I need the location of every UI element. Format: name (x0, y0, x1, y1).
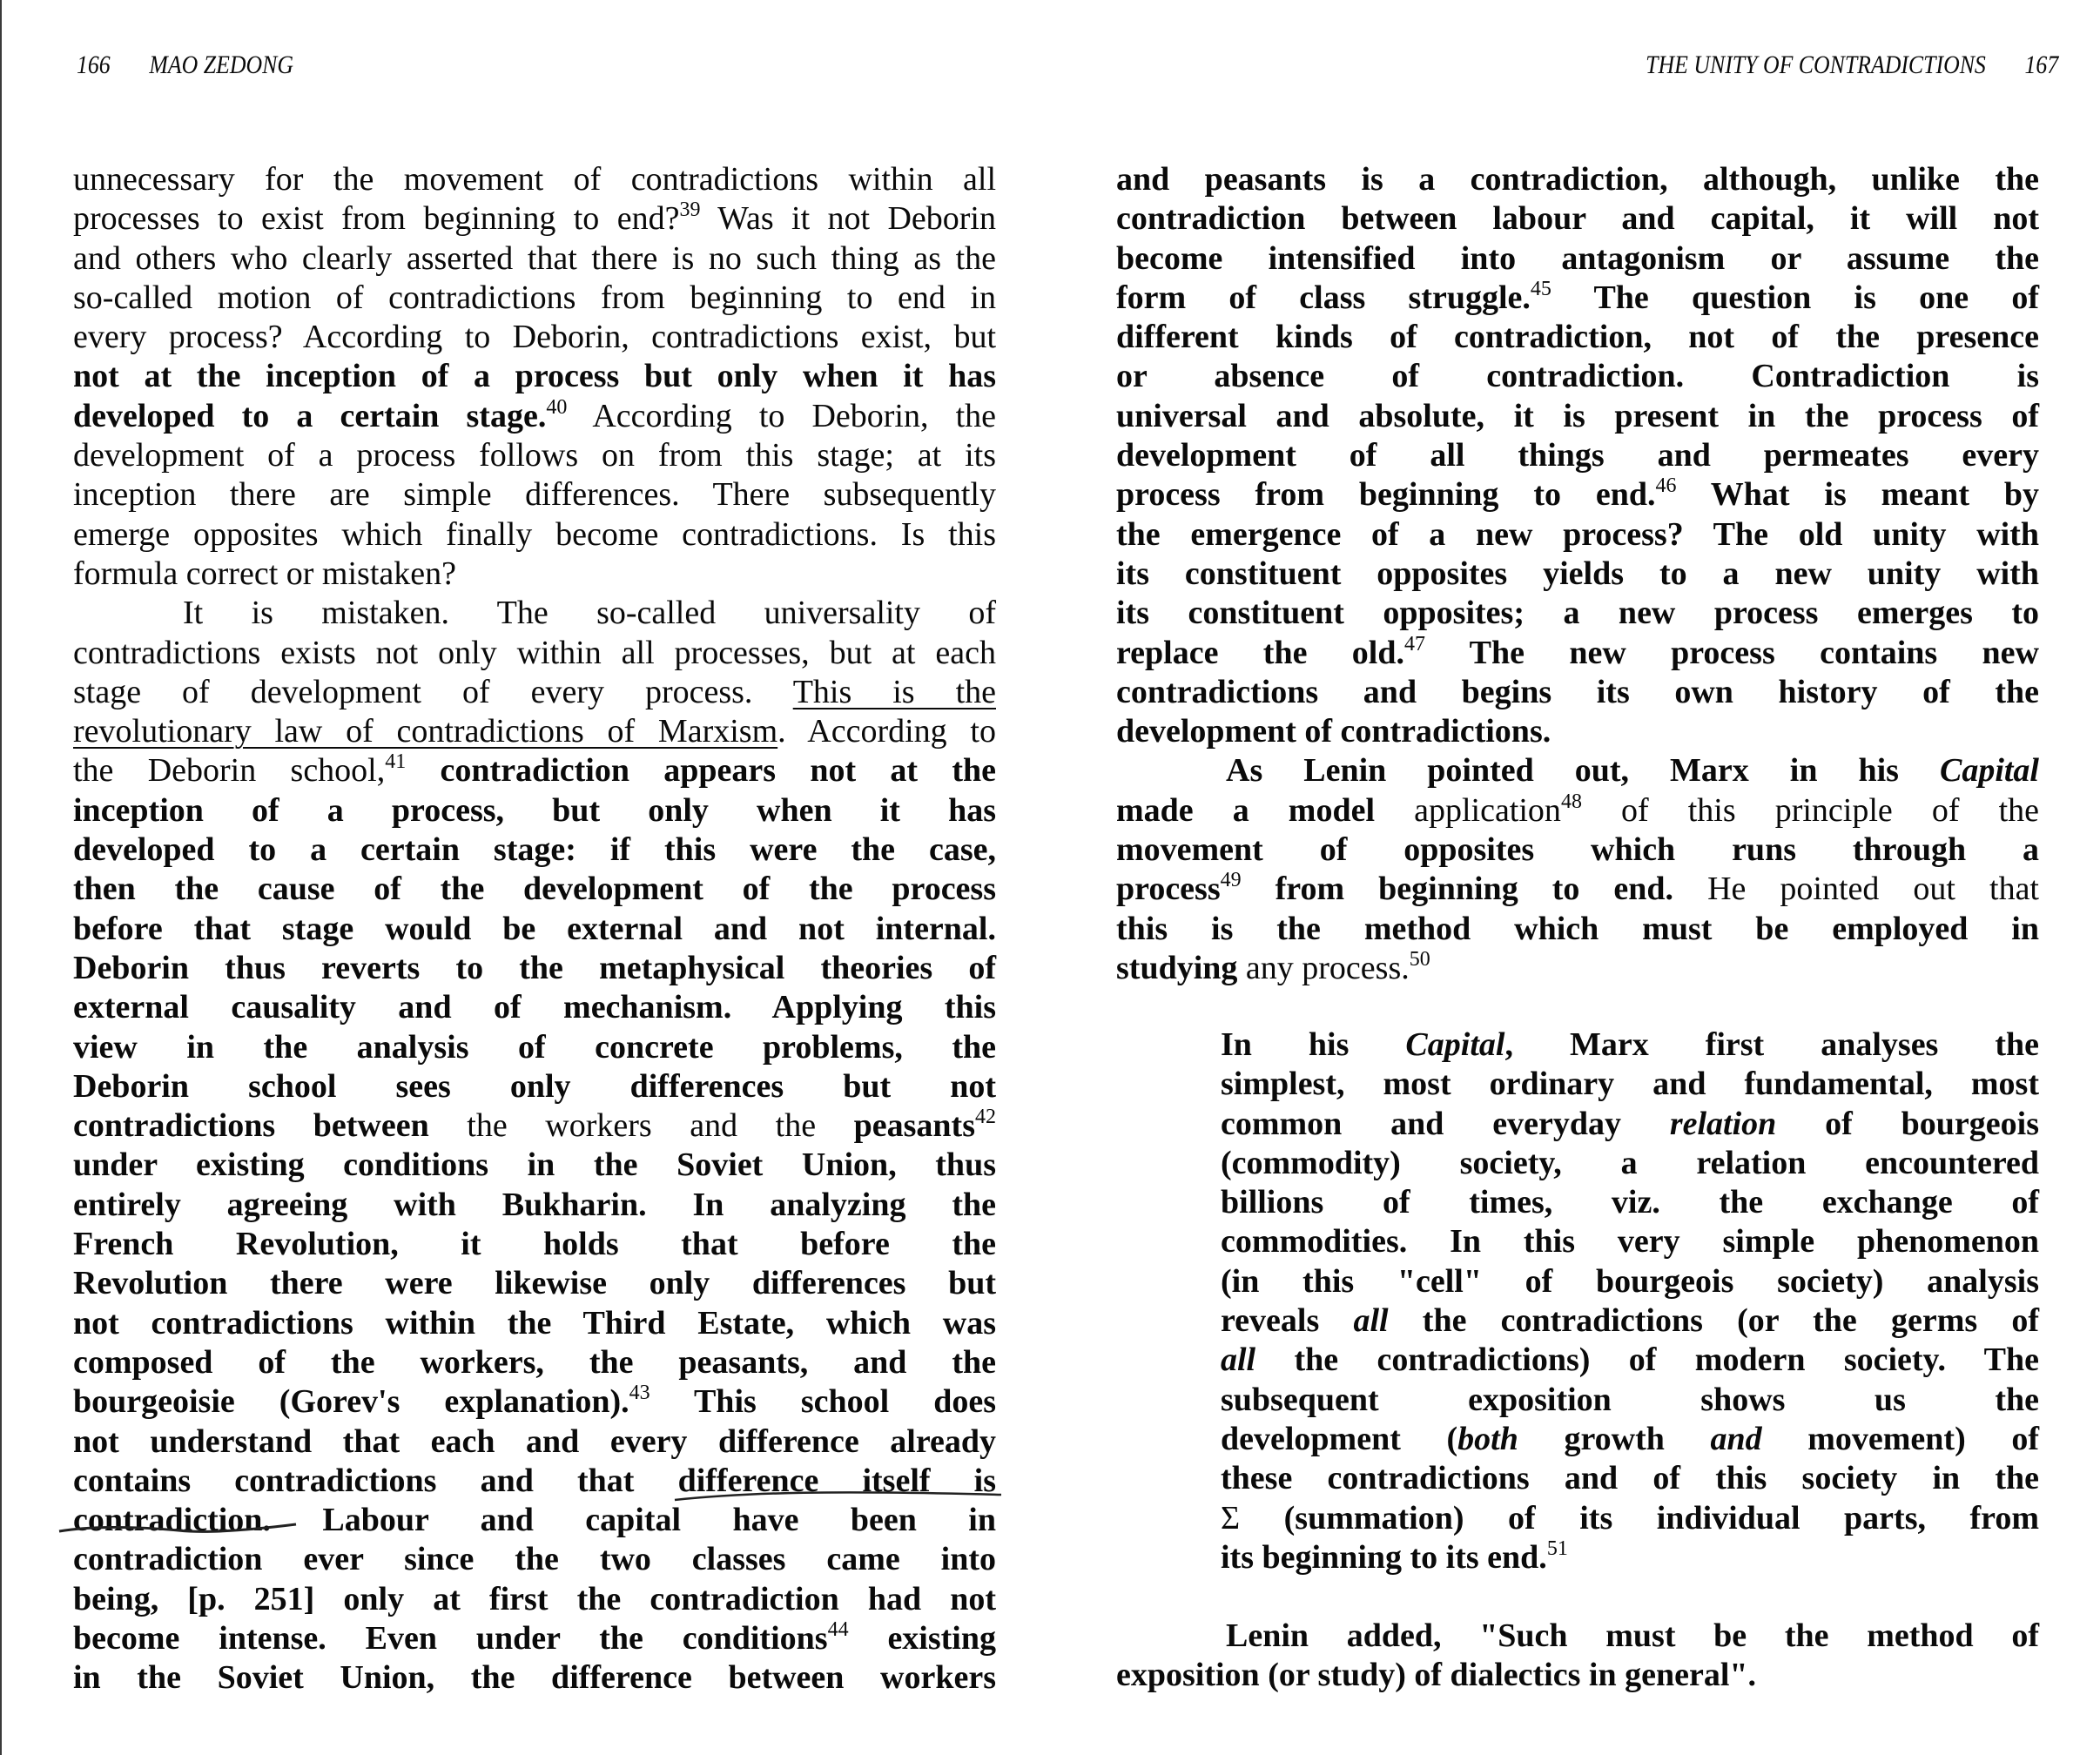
underlined-passage: difference itself is (678, 1462, 996, 1499)
text-line: being, [p. 251] only at first the contra… (73, 1580, 996, 1619)
text-line: Revolution there were likewise only diff… (73, 1264, 996, 1303)
paragraph-start: It is mistaken. The so-called universali… (73, 594, 996, 633)
quote-line: development (both growth and movement) o… (1221, 1420, 2039, 1459)
underlined-passage: revolutionary law of contradictions of M… (73, 713, 777, 750)
page-number: 167 (2024, 50, 2058, 79)
text-line: contains contradictions and that differe… (73, 1462, 996, 1501)
text-line: development of all things and permeates … (1116, 436, 2039, 475)
text-line: development of contradictions. (1116, 712, 2039, 751)
text-line: contradiction. Labour and capital have b… (73, 1501, 996, 1540)
text-line: contradictions exists not only within al… (73, 634, 996, 673)
text-line: become intense. Even under the condition… (73, 1619, 996, 1658)
footnote-ref[interactable]: 41 (385, 750, 406, 773)
footnote-ref[interactable]: 39 (679, 198, 700, 221)
quote-line: (in this "cell" of bourgeois society) an… (1221, 1262, 2039, 1301)
text-line: so-called motion of contradictions from … (73, 279, 996, 318)
text-line: stage of development of every process. T… (73, 673, 996, 712)
text-line: developed to a certain stage: if this we… (73, 830, 996, 870)
text-line: replace the old.47 The new process conta… (1116, 634, 2039, 673)
text-line: view in the analysis of concrete problem… (73, 1028, 996, 1067)
paragraph-start: As Lenin pointed out, Marx in his Capita… (1116, 751, 2039, 790)
footnote-ref[interactable]: 50 (1410, 948, 1430, 971)
right-body-text: and peasants is a contradiction, althoug… (1116, 160, 2039, 988)
quote-line: commodities. In this very simple phenome… (1221, 1222, 2039, 1261)
text-line: studying any process.50 (1116, 949, 2039, 988)
text-line: unnecessary for the movement of contradi… (73, 160, 996, 199)
text-line: every process? According to Deborin, con… (73, 318, 996, 357)
quote-line: Σ (summation) of its individual parts, f… (1221, 1499, 2039, 1538)
footnote-ref[interactable]: 51 (1547, 1537, 1568, 1560)
paragraph-start: Lenin added, "Such must be the method of (1116, 1617, 2039, 1656)
footnote-ref[interactable]: 47 (1404, 633, 1425, 656)
underlined-passage: This is the (793, 674, 996, 710)
text-line: French Revolution, it holds that before … (73, 1225, 996, 1264)
footnote-ref[interactable]: 48 (1561, 790, 1582, 813)
text-line: process from beginning to end.46 What is… (1116, 475, 2039, 514)
text-line: the emergence of a new process? The old … (1116, 515, 2039, 555)
footnote-ref[interactable]: 46 (1656, 474, 1677, 497)
underlined-passage: contradiction. (73, 1502, 271, 1538)
closing-paragraph: Lenin added, "Such must be the method of… (1116, 1617, 2039, 1696)
text-line: not at the inception of a process but on… (73, 357, 996, 396)
text-line: inception there are simple differences. … (73, 475, 996, 514)
footnote-ref[interactable]: 42 (975, 1106, 996, 1128)
text-line: then the cause of the development of the… (73, 870, 996, 909)
text-line: process49 from beginning to end. He poin… (1116, 870, 2039, 909)
text-line: formula correct or mistaken? (73, 555, 996, 594)
text-line: processes to exist from beginning to end… (73, 199, 996, 239)
text-line: the Deborin school,41 contradiction appe… (73, 751, 996, 790)
text-line: bourgeoisie (Gorev's explanation).43 Thi… (73, 1382, 996, 1422)
left-running-head: 166MAO ZEDONG (77, 50, 293, 80)
left-body-text: unnecessary for the movement of contradi… (73, 160, 996, 1698)
text-line: and others who clearly asserted that the… (73, 239, 996, 279)
text-line: and peasants is a contradiction, althoug… (1116, 160, 2039, 199)
text-line: Deborin thus reverts to the metaphysical… (73, 949, 996, 988)
quote-line: subsequent exposition shows us the (1221, 1381, 2039, 1420)
text-line: contradiction between labour and capital… (1116, 199, 2039, 239)
footnote-ref[interactable]: 44 (828, 1618, 849, 1641)
text-line: under existing conditions in the Soviet … (73, 1146, 996, 1185)
quote-line: (commodity) society, a relation encounte… (1221, 1144, 2039, 1183)
right-running-head: THE UNITY OF CONTRADICTIONS167 (1646, 50, 2058, 80)
page-number: 166 (77, 50, 111, 79)
quote-line: common and everyday relation of bourgeoi… (1221, 1105, 2039, 1144)
text-line: inception of a process, but only when it… (73, 791, 996, 830)
text-line: developed to a certain stage.40 Accordin… (73, 397, 996, 436)
running-title: THE UNITY OF CONTRADICTIONS (1646, 50, 1986, 79)
text-line: composed of the workers, the peasants, a… (73, 1343, 996, 1382)
quote-line: its beginning to its end.51 (1221, 1538, 2039, 1577)
block-quotation: In his Capital, Marx first analyses the … (1221, 1025, 2039, 1577)
sigma-symbol: Σ (1221, 1500, 1240, 1536)
text-line: or absence of contradiction. Contradicti… (1116, 357, 2039, 396)
text-line: its constituent opposites yields to a ne… (1116, 555, 2039, 594)
text-line: revolutionary law of contradictions of M… (73, 712, 996, 751)
footnote-ref[interactable]: 43 (629, 1382, 650, 1404)
text-line: Deborin school sees only differences but… (73, 1067, 996, 1106)
text-line: universal and absolute, it is present in… (1116, 397, 2039, 436)
quote-line: In his Capital, Marx first analyses the (1221, 1025, 2039, 1065)
footnote-ref[interactable]: 49 (1221, 869, 1242, 891)
text-line: in the Soviet Union, the difference betw… (73, 1658, 996, 1698)
text-line: not understand that each and every diffe… (73, 1422, 996, 1462)
text-line: external causality and of mechanism. App… (73, 988, 996, 1027)
text-line: its constituent opposites; a new process… (1116, 594, 2039, 633)
text-line: movement of opposites which runs through… (1116, 830, 2039, 870)
text-line: contradictions between the workers and t… (73, 1106, 996, 1146)
text-line: development of a process follows on from… (73, 436, 996, 475)
text-line: before that stage would be external and … (73, 910, 996, 949)
text-line: different kinds of contradiction, not of… (1116, 318, 2039, 357)
right-page: THE UNITY OF CONTRADICTIONS167 and peasa… (1050, 0, 2100, 1755)
text-line: this is the method which must be employe… (1116, 910, 2039, 949)
quote-line: billions of times, viz. the exchange of (1221, 1183, 2039, 1222)
text-line: become intensified into antagonism or as… (1116, 239, 2039, 279)
quote-line: these contradictions and of this society… (1221, 1459, 2039, 1498)
quote-line: all the contradictions) of modern societ… (1221, 1341, 2039, 1380)
quote-line: simplest, most ordinary and fundamental,… (1221, 1065, 2039, 1104)
text-line: not contradictions within the Third Esta… (73, 1304, 996, 1343)
footnote-ref[interactable]: 40 (546, 396, 567, 419)
text-line: emerge opposites which finally become co… (73, 515, 996, 555)
text-line: form of class struggle.45 The question i… (1116, 279, 2039, 318)
quote-line: reveals all the contradictions (or the g… (1221, 1301, 2039, 1341)
text-line: contradictions and begins its own histor… (1116, 673, 2039, 712)
text-line: exposition (or study) of dialectics in g… (1116, 1656, 2039, 1695)
footnote-ref[interactable]: 45 (1531, 278, 1551, 300)
left-page: 166MAO ZEDONG unnecessary for the moveme… (0, 0, 1050, 1755)
running-title: MAO ZEDONG (149, 50, 293, 79)
text-line: made a model application48 of this princ… (1116, 791, 2039, 830)
text-line: entirely agreeing with Bukharin. In anal… (73, 1186, 996, 1225)
text-line: contradiction ever since the two classes… (73, 1540, 996, 1579)
